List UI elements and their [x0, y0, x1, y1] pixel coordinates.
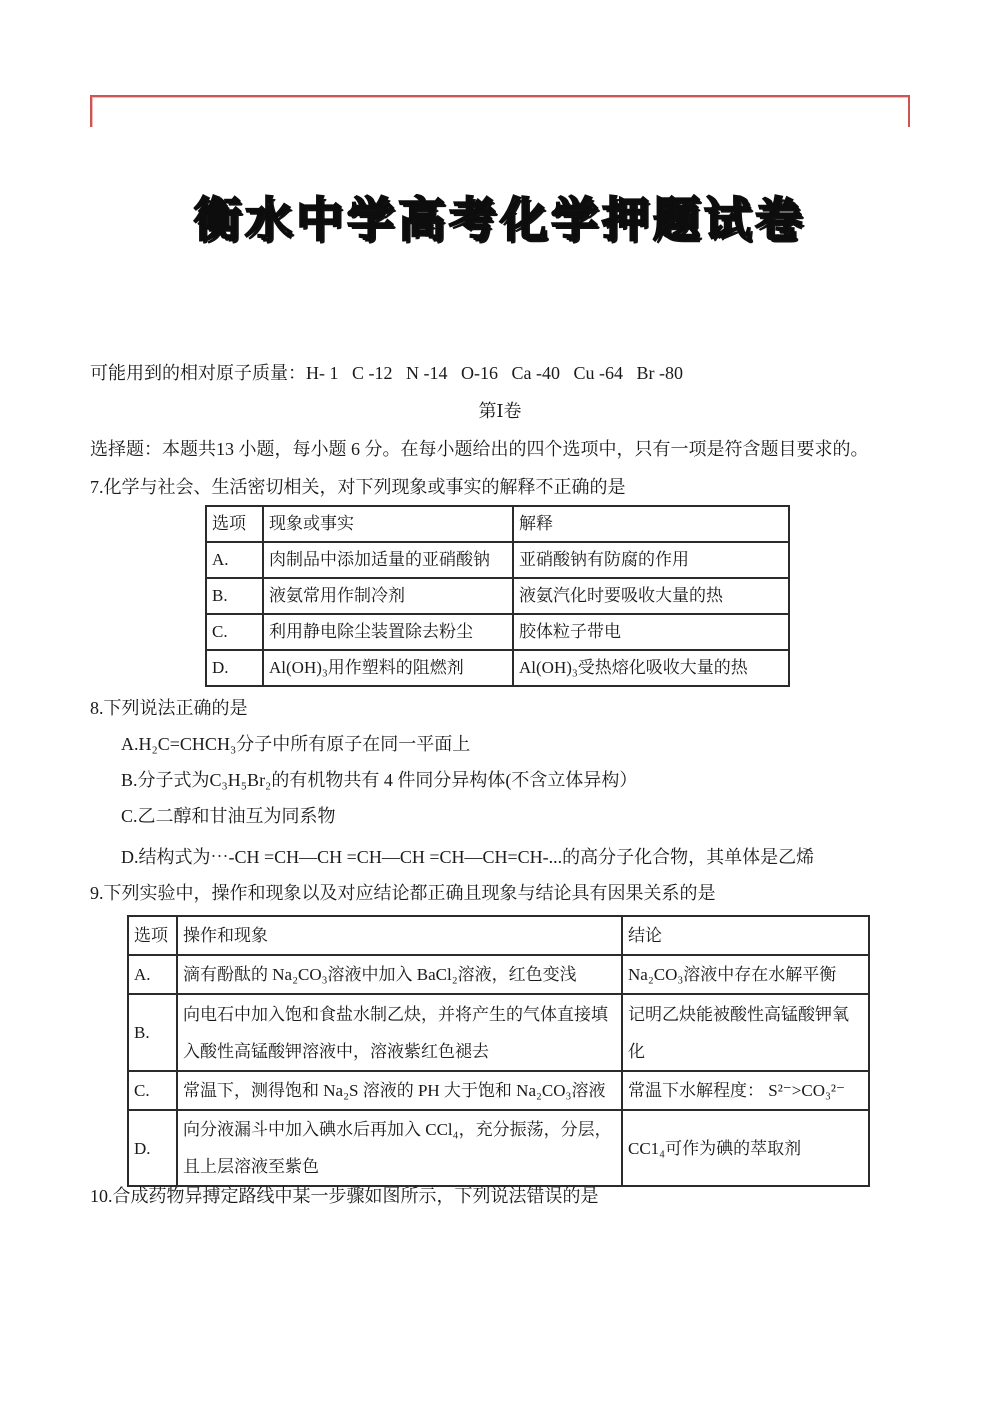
table-header-cell: 选项 — [128, 916, 177, 955]
question-8-stem: 8.下列说法正确的是 — [90, 695, 248, 721]
q9-table: 选项 操作和现象 结论 A. 滴有酚酞的 Na₂CO₃溶液中加入 BaCl₂溶液… — [127, 915, 870, 1187]
table-row: D. Al(OH)₃用作塑料的阻燃剂 Al(OH)₃受热熔化吸收大量的热 — [206, 650, 789, 686]
table-header-row: 选项 操作和现象 结论 — [128, 916, 869, 955]
conclusion-cell: 常温下水解程度： S²⁻>CO₃²⁻ — [622, 1071, 869, 1110]
conclusion-cell: CC1₄可作为碘的萃取剂 — [622, 1110, 869, 1186]
table-row: A. 滴有酚酞的 Na₂CO₃溶液中加入 BaCl₂溶液，红色变浅 Na₂CO₃… — [128, 955, 869, 994]
q7-table: 选项 现象或事实 解释 A. 肉制品中添加适量的亚硝酸钠 亚硝酸钠有防腐的作用 … — [205, 505, 790, 687]
conclusion-cell: Na₂CO₃溶液中存在水解平衡 — [622, 955, 869, 994]
conclusion-cell: 记明乙炔能被酸性高锰酸钾氧化 — [622, 994, 869, 1071]
explanation-cell: 亚硝酸钠有防腐的作用 — [513, 542, 789, 578]
explanation-cell: 液氨汽化时要吸收大量的热 — [513, 578, 789, 614]
operation-cell: 向电石中加入饱和食盐水制乙炔，并将产生的气体直接填入酸性高锰酸钾溶液中，溶液紫红… — [177, 994, 622, 1071]
table-header-cell: 现象或事实 — [263, 506, 513, 542]
table-row: A. 肉制品中添加适量的亚硝酸钠 亚硝酸钠有防腐的作用 — [206, 542, 789, 578]
option-cell: D. — [206, 650, 263, 686]
table-row: B. 向电石中加入饱和食盐水制乙炔，并将产生的气体直接填入酸性高锰酸钾溶液中，溶… — [128, 994, 869, 1071]
q8-option-a: A.H₂C=CHCH₃分子中所有原子在同一平面上 — [121, 731, 470, 757]
option-cell: B. — [128, 994, 177, 1071]
q8-option-b: B.分子式为C₃H₅Br₂的有机物共有 4 件同分异构体(不含立体异构） — [121, 767, 637, 793]
table-header-row: 选项 现象或事实 解释 — [206, 506, 789, 542]
table-row: C. 常温下，测得饱和 Na₂S 溶液的 PH 大于饱和 Na₂CO₃溶液 常温… — [128, 1071, 869, 1110]
option-cell: A. — [206, 542, 263, 578]
question-7-stem: 7.化学与社会、生活密切相关，对下列现象或事实的解释不正确的是 — [90, 474, 626, 500]
option-cell: A. — [128, 955, 177, 994]
option-cell: B. — [206, 578, 263, 614]
section-heading: 第Ⅰ卷 — [0, 397, 1000, 423]
question-10-stem: 10.合成药物异搏定路线中某一步骤如图所示，下列说法错误的是 — [90, 1183, 599, 1209]
phenomenon-cell: 肉制品中添加适量的亚硝酸钠 — [263, 542, 513, 578]
phenomenon-cell: Al(OH)₃用作塑料的阻燃剂 — [263, 650, 513, 686]
table-row: D. 向分液漏斗中加入碘水后再加入 CCl₄，充分振荡，分层，且上层溶液至紫色 … — [128, 1110, 869, 1186]
table-header-cell: 选项 — [206, 506, 263, 542]
atomic-mass-line: 可能用到的相对原子质量：H- 1 C -12 N -14 O-16 Ca -40… — [90, 360, 683, 386]
header-red-frame — [90, 95, 910, 127]
operation-cell: 常温下，测得饱和 Na₂S 溶液的 PH 大于饱和 Na₂CO₃溶液 — [177, 1071, 622, 1110]
option-cell: C. — [128, 1071, 177, 1110]
operation-cell: 向分液漏斗中加入碘水后再加入 CCl₄，充分振荡，分层，且上层溶液至紫色 — [177, 1110, 622, 1186]
option-cell: D. — [128, 1110, 177, 1186]
phenomenon-cell: 液氨常用作制冷剂 — [263, 578, 513, 614]
explanation-cell: 胶体粒子带电 — [513, 614, 789, 650]
page-title: 衡水中学高考化学押题试卷 — [0, 183, 1000, 250]
instructions-line: 选择题：本题共13 小题，每小题 6 分。在每小题给出的四个选项中，只有一项是符… — [90, 436, 869, 462]
explanation-cell: Al(OH)₃受热熔化吸收大量的热 — [513, 650, 789, 686]
q8-option-d: D.结构式为⋯-CH =CH—CH =CH—CH =CH—CH=CH-...的高… — [121, 844, 814, 870]
table-header-cell: 操作和现象 — [177, 916, 622, 955]
question-9-stem: 9.下列实验中，操作和现象以及对应结论都正确且现象与结论具有因果关系的是 — [90, 880, 716, 906]
exam-paper-page: 衡水中学高考化学押题试卷 可能用到的相对原子质量：H- 1 C -12 N -1… — [0, 0, 1000, 1415]
table-row: B. 液氨常用作制冷剂 液氨汽化时要吸收大量的热 — [206, 578, 789, 614]
table-header-cell: 结论 — [622, 916, 869, 955]
table-row: C. 利用静电除尘装置除去粉尘 胶体粒子带电 — [206, 614, 789, 650]
option-cell: C. — [206, 614, 263, 650]
operation-cell: 滴有酚酞的 Na₂CO₃溶液中加入 BaCl₂溶液，红色变浅 — [177, 955, 622, 994]
q8-option-c: C.乙二醇和甘油互为同系物 — [121, 803, 336, 829]
phenomenon-cell: 利用静电除尘装置除去粉尘 — [263, 614, 513, 650]
table-header-cell: 解释 — [513, 506, 789, 542]
